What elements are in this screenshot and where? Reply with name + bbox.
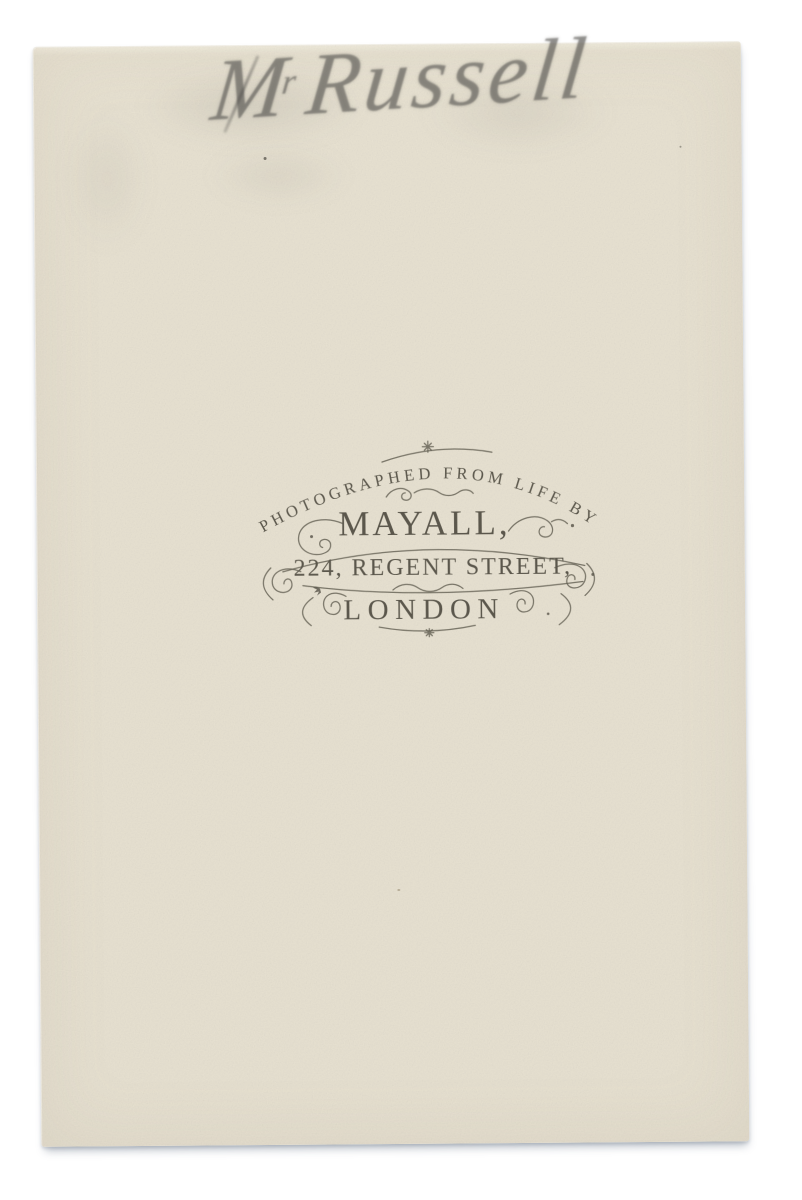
handwritten-inscription: MrRussell [200, 14, 736, 197]
stamp-name-flourish-right-dot [571, 524, 574, 527]
stamp-address-frame-right-dot [591, 573, 594, 576]
stamp-bottom-star-ornament [425, 629, 434, 637]
stamp-city-flourish-left [302, 593, 346, 626]
carte-de-visite-back: MrRussell PHOTOGRAPHED FROM LIFE BY MAYA… [33, 41, 750, 1147]
stamp-photographer-name: MAYALL, [338, 503, 511, 543]
inscription-prefix-superscript: r [280, 61, 302, 101]
stamp-city: LONDON [343, 593, 505, 626]
stamp-address: 224, REGENT STREET, [293, 554, 572, 582]
stamp-city-flourish-right [510, 590, 571, 625]
stamp-city-right-dot [547, 612, 550, 615]
stamp-top-arc-ornament [382, 449, 492, 462]
stamp-name-flourish-left [298, 520, 342, 555]
inscription-surname: Russell [302, 20, 595, 135]
photo-backdrop: MrRussell PHOTOGRAPHED FROM LIFE BY MAYA… [0, 0, 802, 1200]
stamp-name-flourish-right [508, 517, 567, 538]
stamp-name-flourish-left-dot [310, 535, 313, 538]
pencil-smudge [41, 74, 173, 285]
stamp-scroll-ornament-top [386, 488, 473, 500]
photographer-stamp: PHOTOGRAPHED FROM LIFE BY MAYALL, 224, R… [242, 437, 614, 650]
paper-speck [397, 889, 400, 891]
stamp-mid-curl-ornament [393, 584, 463, 592]
